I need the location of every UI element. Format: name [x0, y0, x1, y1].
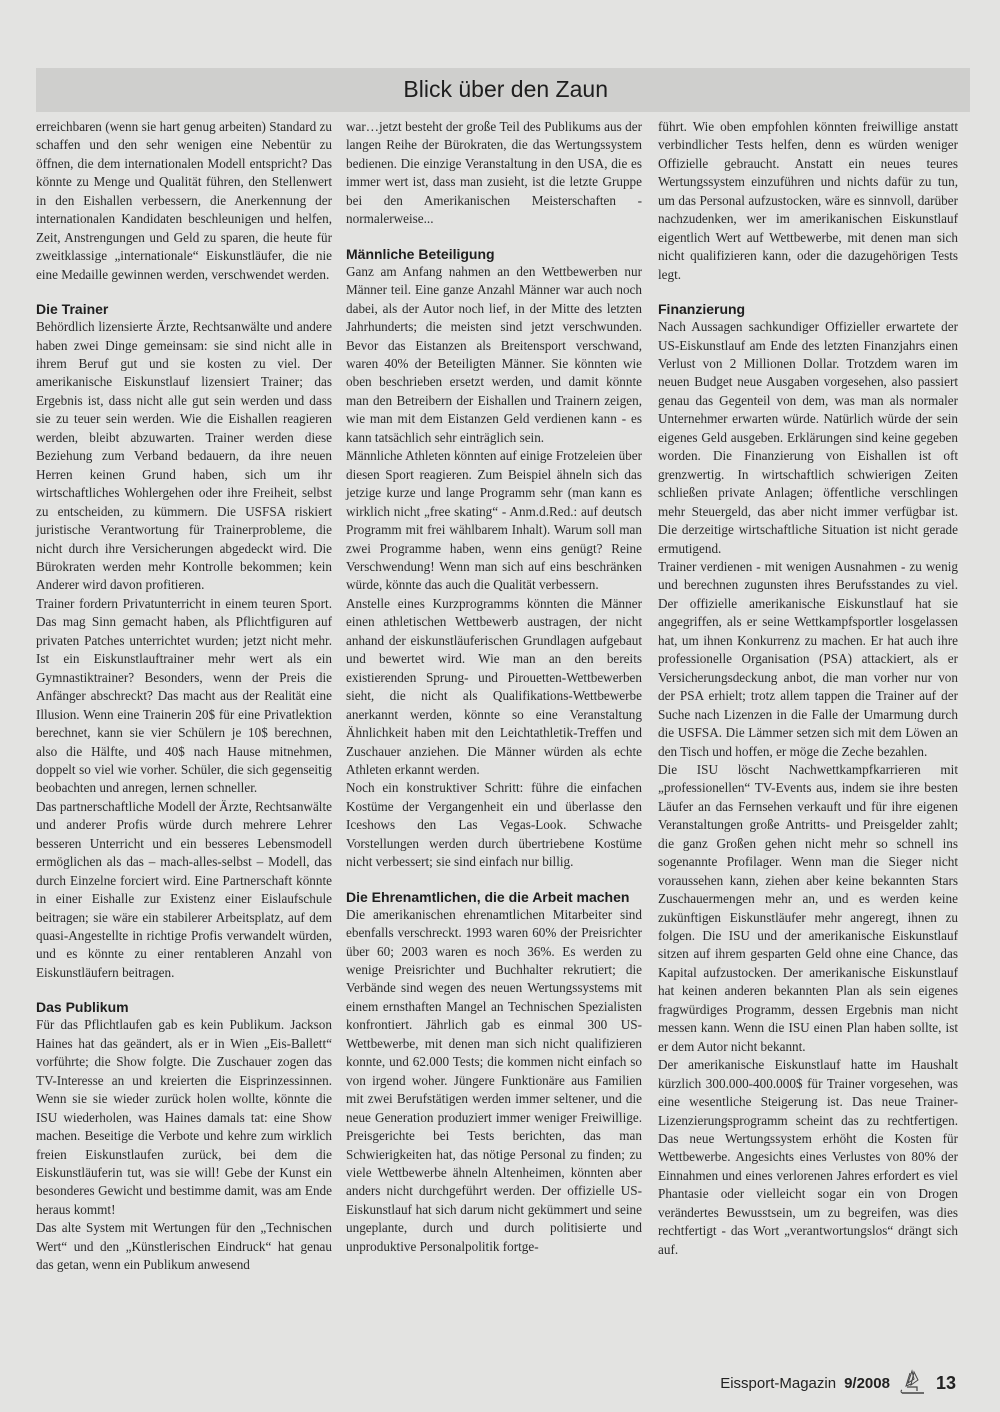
- paragraph: Ganz am Anfang nahmen an den Wettbewerbe…: [346, 263, 642, 448]
- paragraph: Männliche Athleten könnten auf einige Fr…: [346, 447, 642, 595]
- paragraph: Anstelle eines Kurzprogramms könnten die…: [346, 595, 642, 780]
- paragraph: Nach Aussagen sachkundiger Offizieller e…: [658, 318, 958, 558]
- paragraph: war…jetzt besteht der große Teil des Pub…: [346, 118, 642, 229]
- section-heading: Das Publikum: [36, 998, 332, 1016]
- paragraph: Die amerikanischen ehrenamtlichen Mitarb…: [346, 906, 642, 1257]
- paragraph: führt. Wie oben empfohlen könnten freiwi…: [658, 118, 958, 284]
- text-column-2: war…jetzt besteht der große Teil des Pub…: [346, 118, 642, 1256]
- paragraph: Die ISU löscht Nachwettkampfkarrieren mi…: [658, 761, 958, 1056]
- paragraph: Trainer verdienen - mit wenigen Ausnahme…: [658, 558, 958, 761]
- section-header-bar: Blick über den Zaun: [36, 68, 970, 112]
- section-heading: Finanzierung: [658, 300, 958, 318]
- text-column-1: erreichbaren (wenn sie hart genug arbeit…: [36, 118, 332, 1275]
- section-title: Blick über den Zaun: [403, 76, 608, 103]
- paragraph: Behördlich lizensierte Ärzte, Rechtsanwä…: [36, 318, 332, 595]
- paragraph: erreichbaren (wenn sie hart genug arbeit…: [36, 118, 332, 284]
- paragraph: Der amerikanische Eiskunstlauf hatte im …: [658, 1056, 958, 1259]
- section-heading: Die Ehrenamtlichen, die die Arbeit mache…: [346, 888, 642, 906]
- magazine-name: Eissport-Magazin: [720, 1375, 836, 1392]
- page-footer: Eissport-Magazin 9/2008 13: [720, 1369, 956, 1397]
- section-heading: Männliche Beteiligung: [346, 245, 642, 263]
- section-heading: Die Trainer: [36, 300, 332, 318]
- paragraph: Für das Pflichtlaufen gab es kein Publik…: [36, 1016, 332, 1219]
- text-column-3: führt. Wie oben empfohlen könnten freiwi…: [658, 118, 958, 1259]
- page-number: 13: [936, 1373, 956, 1394]
- paragraph: Trainer fordern Privatunterricht in eine…: [36, 595, 332, 798]
- skate-logo-icon: [898, 1369, 928, 1397]
- paragraph: Das alte System mit Wertungen für den „T…: [36, 1219, 332, 1274]
- paragraph: Das partnerschaftliche Modell der Ärzte,…: [36, 798, 332, 983]
- paragraph: Noch ein konstruktiver Schritt: führe di…: [346, 779, 642, 871]
- issue-number: 9/2008: [844, 1375, 890, 1392]
